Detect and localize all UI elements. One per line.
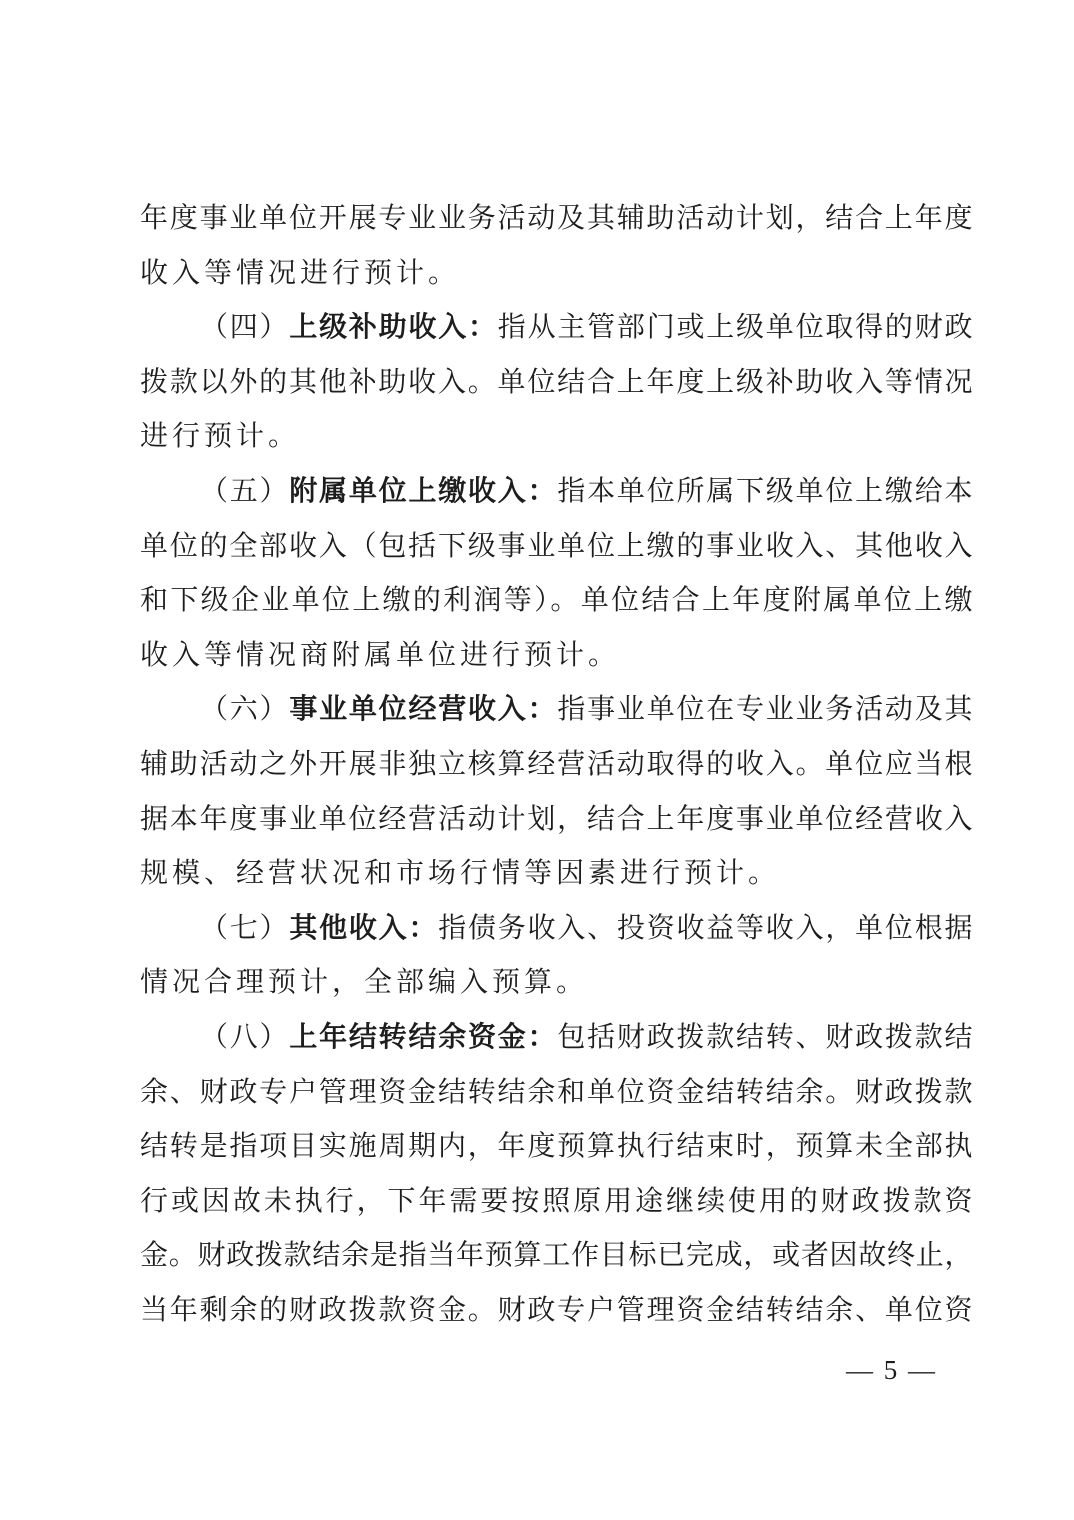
body-text: 单位的全部收入（包括下级事业单位上缴的事业收入、其他收入 xyxy=(140,531,973,562)
text-line: 拨款以外的其他补助收入。单位结合上年度上级补助收入等情况 xyxy=(140,356,973,411)
body-text: 当年剩余的财政拨款资金。财政专户管理资金结转结余、单位资 xyxy=(140,1295,973,1326)
text-line: 规模、经营状况和市场行情等因素进行预计。 xyxy=(140,847,973,902)
section-heading-text: 上年结转结余资金： xyxy=(289,1022,557,1053)
section-heading-text: 附属单位上缴收入： xyxy=(289,476,557,507)
section-heading-text: 上级补助收入： xyxy=(289,312,497,343)
body-text: 指事业单位在专业业务活动及其 xyxy=(557,694,973,725)
body-text: 和下级企业单位上缴的利润等）。单位结合上年度附属单位上缴 xyxy=(140,585,973,616)
body-text: （八） xyxy=(200,1022,289,1053)
body-text: 规模、经营状况和市场行情等因素进行预计。 xyxy=(140,858,780,889)
text-line: 年度事业单位开展专业业务活动及其辅助活动计划，结合上年度 xyxy=(140,192,973,247)
body-text: 包括财政拨款结转、财政拨款结 xyxy=(557,1022,973,1053)
text-line: 行或因故未执行，下年需要按照原用途继续使用的财政拨款资 xyxy=(140,1175,973,1230)
section-heading-text: 其他收入： xyxy=(289,913,438,944)
document-body: 年度事业单位开展专业业务活动及其辅助活动计划，结合上年度收入等情况进行预计。（四… xyxy=(140,192,973,1338)
text-line: （八）上年结转结余资金：包括财政拨款结转、财政拨款结 xyxy=(140,1011,973,1066)
body-text: 指从主管部门或上级单位取得的财政 xyxy=(498,312,973,343)
body-text: 收入等情况进行预计。 xyxy=(140,258,460,289)
body-text: 行或因故未执行，下年需要按照原用途继续使用的财政拨款资 xyxy=(140,1186,973,1217)
body-text: 金。财政拨款结余是指当年预算工作目标已完成，或者因故终止， xyxy=(140,1240,973,1271)
text-line: （七）其他收入：指债务收入、投资收益等收入，单位根据 xyxy=(140,902,973,957)
text-line: 进行预计。 xyxy=(140,410,973,465)
body-text: 收入等情况商附属单位进行预计。 xyxy=(140,640,620,671)
body-text: 指债务收入、投资收益等收入，单位根据 xyxy=(438,913,973,944)
body-text: 据本年度事业单位经营活动计划，结合上年度事业单位经营收入 xyxy=(140,804,973,835)
body-text: 余、财政专户管理资金结转结余和单位资金结转结余。财政拨款 xyxy=(140,1077,973,1108)
text-line: 金。财政拨款结余是指当年预算工作目标已完成，或者因故终止， xyxy=(140,1229,973,1284)
document-page: 年度事业单位开展专业业务活动及其辅助活动计划，结合上年度收入等情况进行预计。（四… xyxy=(0,0,1074,1520)
text-line: 单位的全部收入（包括下级事业单位上缴的事业收入、其他收入 xyxy=(140,520,973,575)
text-line: （四）上级补助收入：指从主管部门或上级单位取得的财政 xyxy=(140,301,973,356)
body-text: （四） xyxy=(200,312,289,343)
body-text: （五） xyxy=(200,476,289,507)
body-text: 年度事业单位开展专业业务活动及其辅助活动计划，结合上年度 xyxy=(140,203,973,234)
body-text: 指本单位所属下级单位上缴给本 xyxy=(557,476,973,507)
text-line: （六）事业单位经营收入：指事业单位在专业业务活动及其 xyxy=(140,683,973,738)
text-line: 收入等情况商附属单位进行预计。 xyxy=(140,629,973,684)
text-line: 余、财政专户管理资金结转结余和单位资金结转结余。财政拨款 xyxy=(140,1066,973,1121)
text-line: （五）附属单位上缴收入：指本单位所属下级单位上缴给本 xyxy=(140,465,973,520)
body-text: 拨款以外的其他补助收入。单位结合上年度上级补助收入等情况 xyxy=(140,367,973,398)
section-heading-text: 事业单位经营收入： xyxy=(289,694,557,725)
text-line: 和下级企业单位上缴的利润等）。单位结合上年度附属单位上缴 xyxy=(140,574,973,629)
body-text: 辅助活动之外开展非独立核算经营活动取得的收入。单位应当根 xyxy=(140,749,973,780)
text-line: 辅助活动之外开展非独立核算经营活动取得的收入。单位应当根 xyxy=(140,738,973,793)
text-line: 当年剩余的财政拨款资金。财政专户管理资金结转结余、单位资 xyxy=(140,1284,973,1339)
body-text: 情况合理预计，全部编入预算。 xyxy=(140,967,588,998)
body-text: 结转是指项目实施周期内，年度预算执行结束时，预算未全部执 xyxy=(140,1131,973,1162)
text-line: 情况合理预计，全部编入预算。 xyxy=(140,956,973,1011)
text-line: 结转是指项目实施周期内，年度预算执行结束时，预算未全部执 xyxy=(140,1120,973,1175)
body-text: （六） xyxy=(200,694,289,725)
body-text: 进行预计。 xyxy=(140,421,300,452)
text-line: 收入等情况进行预计。 xyxy=(140,247,973,302)
page-number: — 5 — xyxy=(846,1350,937,1390)
body-text: （七） xyxy=(200,913,289,944)
text-line: 据本年度事业单位经营活动计划，结合上年度事业单位经营收入 xyxy=(140,793,973,848)
